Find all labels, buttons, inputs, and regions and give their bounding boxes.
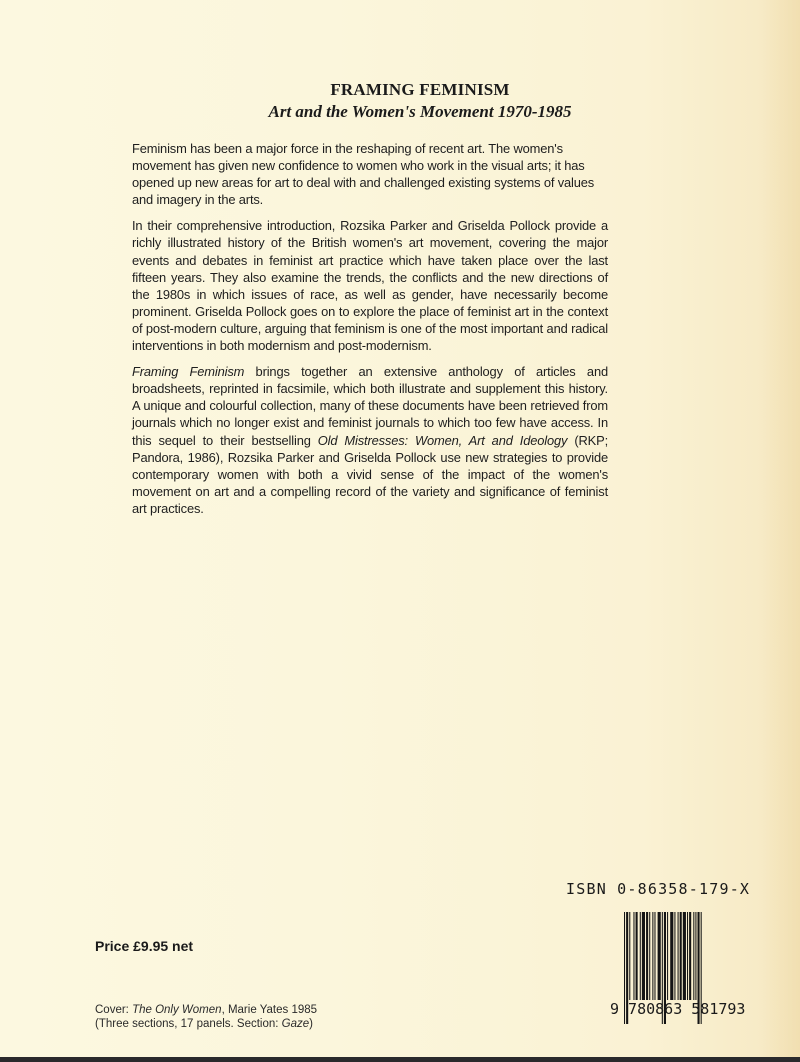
- blurb-paragraph-1: Feminism has been a major force in the r…: [132, 140, 608, 208]
- cover-credit-line-1: Cover: The Only Women, Marie Yates 1985: [95, 1003, 317, 1017]
- barcode-digits: 9 780863 581793: [610, 1000, 745, 1018]
- blurb-paragraph-2: In their comprehensive introduction, Roz…: [132, 217, 608, 354]
- book-subtitle: Art and the Women's Movement 1970-1985: [40, 102, 800, 122]
- blurb: Feminism has been a major force in the r…: [132, 140, 608, 526]
- isbn-label: ISBN 0-86358-179-X: [566, 880, 750, 898]
- back-cover: FRAMING FEMINISM Art and the Women's Mov…: [0, 0, 800, 1057]
- book-title-ref: Framing Feminism: [132, 364, 244, 379]
- title-block: FRAMING FEMINISM Art and the Women's Mov…: [0, 80, 800, 122]
- price: Price £9.95 net: [95, 938, 193, 954]
- cover-credit-line-2: (Three sections, 17 panels. Section: Gaz…: [95, 1017, 317, 1031]
- cover-work-title: The Only Women: [132, 1004, 221, 1016]
- blurb-paragraph-3: Framing Feminism brings together an exte…: [132, 363, 608, 517]
- cover-section: Gaze: [282, 1018, 310, 1030]
- earlier-book-ref: Old Mistresses: Women, Art and Ideology: [318, 433, 568, 448]
- cover-credit: Cover: The Only Women, Marie Yates 1985 …: [95, 1003, 317, 1031]
- book-title: FRAMING FEMINISM: [40, 80, 800, 100]
